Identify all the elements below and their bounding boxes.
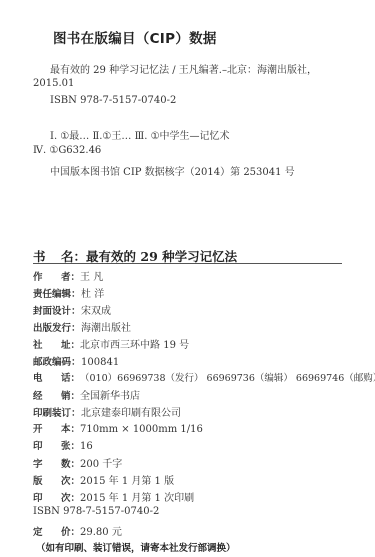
row-author: 作者：王 凡 <box>33 268 103 283</box>
row-price: 定价：29.80 元 <box>33 523 122 538</box>
author-value: 王 凡 <box>80 272 103 283</box>
error-return-note: （如有印刷、装订错误，请寄本社发行部调换） <box>36 540 236 554</box>
row-cover-design: 封面设计：宋双成 <box>33 302 111 317</box>
row-address: 社址：北京市西三环中路 19 号 <box>33 336 189 351</box>
row-publisher: 出版发行：海潮出版社 <box>33 319 131 334</box>
cip-bibliographic-line: 最有效的 29 种学习记忆法 / 王凡编著.–北京：海潮出版社， <box>50 61 317 76</box>
row-format: 开本：710mm × 1000mm 1/16 <box>33 421 203 435</box>
title-label-b: 名： <box>61 249 86 264</box>
row-postcode: 邮政编码：100841 <box>33 353 119 368</box>
cip-subjects: Ⅰ. ①最… Ⅱ.①王… Ⅲ. ①中学生—记忆术 <box>50 127 230 142</box>
cip-date: 2015.01 <box>33 78 74 89</box>
row-phone: 电话：（010）66969738（发行） 66969736（编辑） 669697… <box>33 370 375 384</box>
row-distributor: 经销：全国新华书店 <box>33 387 140 402</box>
cip-heading: 图书在版编目（CIP）数据 <box>53 27 217 47</box>
row-editor: 责任编辑：杜 洋 <box>33 285 104 300</box>
cip-record-number: 中国版本图书馆 CIP 数据核字（2014）第 253041 号 <box>50 163 295 178</box>
cip-isbn: ISBN 978-7-5157-0740-2 <box>50 95 176 106</box>
row-edition: 版次：2015 年 1 月第 1 版 <box>33 472 174 487</box>
cip-classification: Ⅳ. ①G632.46 <box>33 145 101 156</box>
row-word-count: 字数：200 千字 <box>33 455 122 470</box>
row-printing: 印次：2015 年 1 月第 1 次印刷 <box>33 489 194 504</box>
row-printer: 印刷装订：北京建泰印刷有限公司 <box>33 404 181 419</box>
row-isbn: ISBN 978-7-5157-0740-2 <box>33 506 159 517</box>
book-title: 最有效的 29 种学习记忆法 <box>86 249 237 264</box>
divider-rule <box>33 263 342 264</box>
row-sheets: 印张：16 <box>33 438 93 452</box>
